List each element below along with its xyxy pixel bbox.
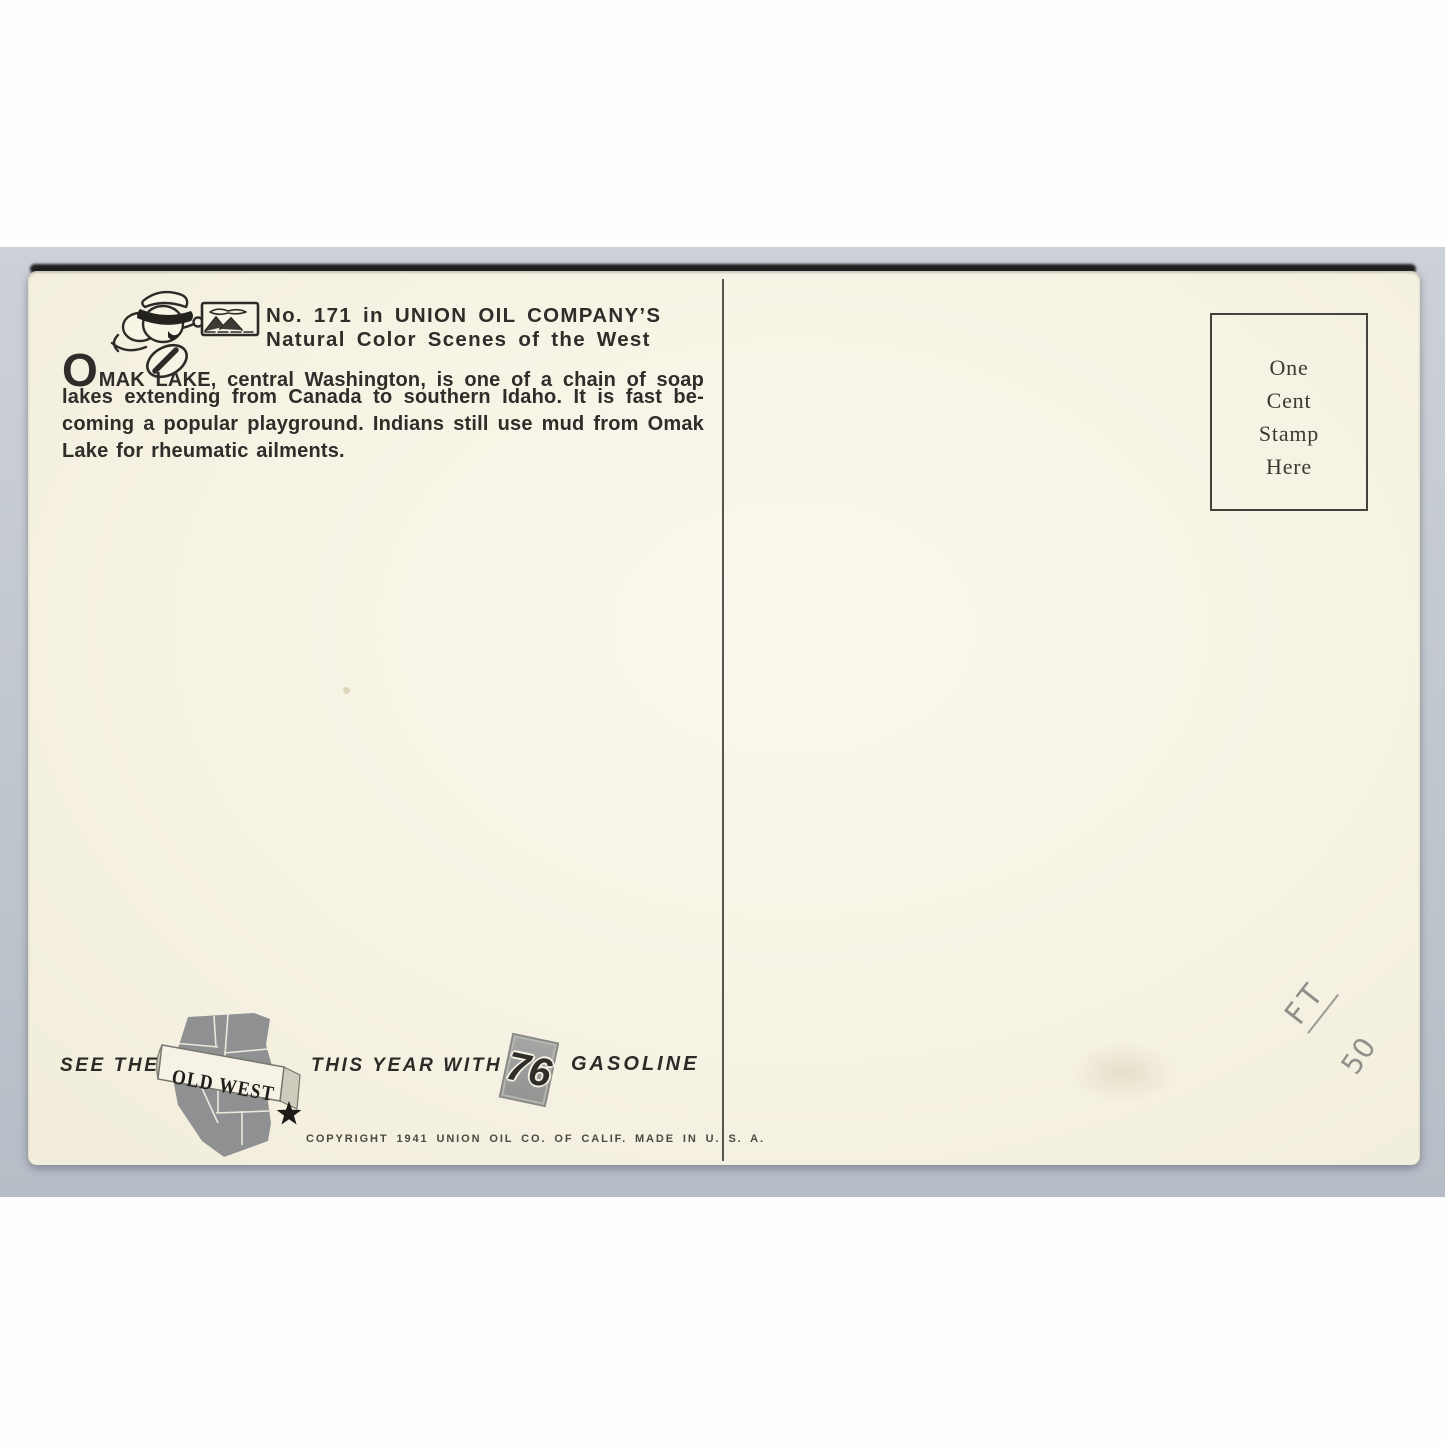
center-divider xyxy=(722,279,724,1161)
badge-76-number: 76 xyxy=(503,1043,556,1096)
description-line-1: OMAK LAKE, central Washington, is one of… xyxy=(62,357,704,384)
old-west-map-icon: OLD WEST xyxy=(156,1011,308,1161)
paper-speck xyxy=(343,687,350,694)
handwritten-mark-ft: FT xyxy=(1278,971,1339,1034)
description-line-4: Lake for rheumatic ailments. xyxy=(62,438,704,465)
promo-see-the: SEE THE xyxy=(60,1055,160,1077)
series-header-line1: No. 171 in UNION OIL COMPANY’S xyxy=(266,304,661,328)
series-header: No. 171 in UNION OIL COMPANY’S Natural C… xyxy=(266,304,661,352)
series-header-line2: Natural Color Scenes of the West xyxy=(266,328,661,352)
promo-this-year-with: THIS YEAR WITH xyxy=(311,1055,502,1077)
copyright-line: COPYRIGHT 1941 UNION OIL CO. OF CALIF. M… xyxy=(306,1133,765,1145)
handwritten-mark-50: 50 xyxy=(1335,1031,1383,1081)
stamp-box-line-3: Stamp xyxy=(1212,417,1366,450)
paper-smudge xyxy=(1068,1041,1178,1103)
description-text: OMAK LAKE, central Washington, is one of… xyxy=(62,357,704,465)
description-line-2: lakes extending from Canada to southern … xyxy=(62,384,704,411)
stamp-box-line-4: Here xyxy=(1212,450,1366,483)
description-line-3: coming a popular playground. Indians sti… xyxy=(62,411,704,438)
stamp-box: One Cent Stamp Here xyxy=(1210,313,1368,511)
union-76-badge-icon: 76 xyxy=(499,1033,560,1108)
postcard-back: No. 171 in UNION OIL COMPANY’S Natural C… xyxy=(28,271,1420,1165)
stamp-box-line-1: One xyxy=(1212,351,1366,384)
stamp-box-line-2: Cent xyxy=(1212,384,1366,417)
promo-gasoline: GASOLINE xyxy=(571,1053,699,1076)
postcard-photo: No. 171 in UNION OIL COMPANY’S Natural C… xyxy=(0,0,1445,1445)
